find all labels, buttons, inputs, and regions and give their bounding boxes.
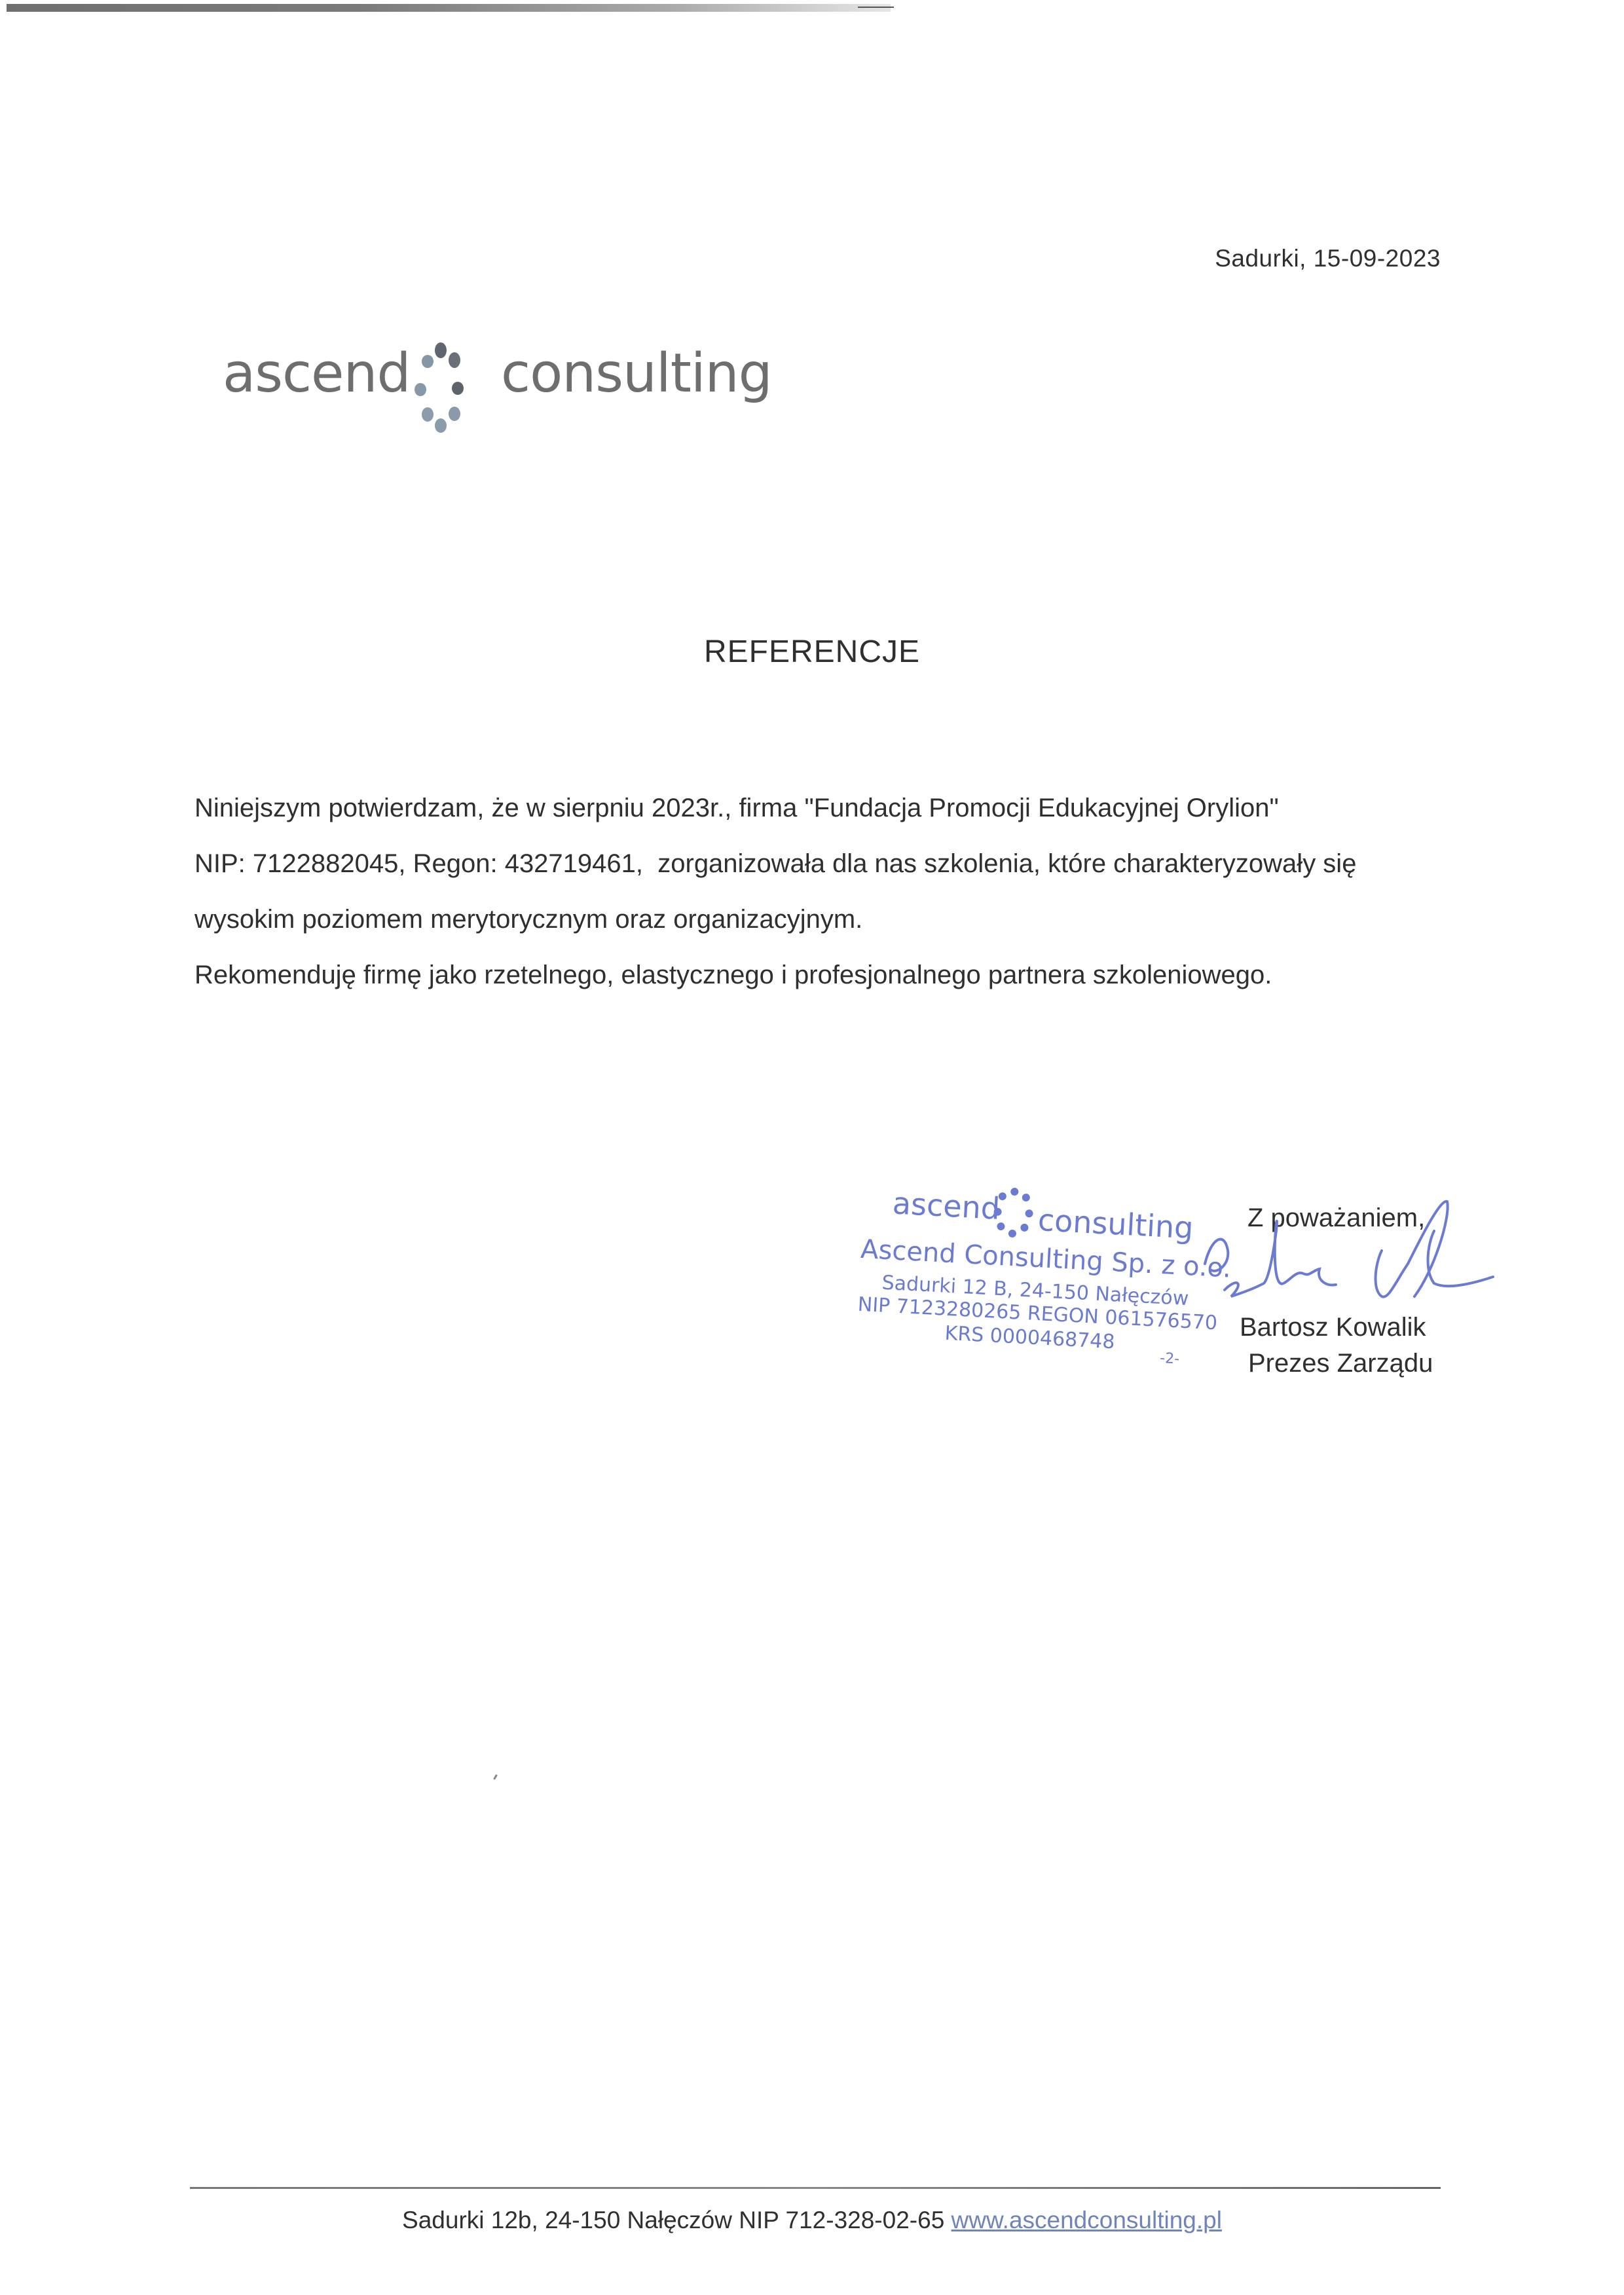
footer: Sadurki 12b, 24-150 Nałęczów NIP 712-328… bbox=[0, 2207, 1624, 2234]
stamp-logo-ascend: ascend bbox=[892, 1185, 1001, 1226]
footer-website-link[interactable]: www.ascendconsulting.pl bbox=[951, 2207, 1222, 2233]
stamp-mark: -2- bbox=[1160, 1350, 1180, 1368]
signatory-position: Prezes Zarządu bbox=[1248, 1349, 1433, 1378]
body-line-3: wysokim poziomem merytorycznym oraz orga… bbox=[194, 905, 862, 934]
company-stamp: ascend consulting Ascend Consulting Sp. … bbox=[854, 1179, 1230, 1394]
document-title: REFERENCJE bbox=[0, 634, 1624, 670]
scan-speck bbox=[493, 1774, 498, 1780]
body-line-2: NIP: 7122882045, Regon: 432719461, zorga… bbox=[194, 849, 1356, 879]
footer-address: Sadurki 12b, 24-150 Nałęczów NIP 712-328… bbox=[402, 2207, 951, 2233]
stamp-dot-ring-icon bbox=[991, 1185, 1040, 1247]
company-logo: ascend consulting bbox=[223, 324, 760, 435]
scan-artifact-bar bbox=[7, 4, 891, 12]
signatory-name: Bartosz Kowalik bbox=[1240, 1313, 1426, 1342]
handwritten-signature bbox=[1198, 1192, 1500, 1310]
footer-divider bbox=[190, 2187, 1441, 2189]
scan-artifact-tip bbox=[858, 7, 894, 8]
logo-word-ascend: ascend bbox=[223, 342, 411, 405]
body-line-1: Niniejszym potwierdzam, że w sierpniu 20… bbox=[194, 794, 1279, 823]
date-line: Sadurki, 15-09-2023 bbox=[1215, 245, 1441, 272]
stamp-logo-consulting: consulting bbox=[1037, 1202, 1194, 1245]
logo-word-consulting: consulting bbox=[501, 342, 772, 405]
body-line-4: Rekomenduję firmę jako rzetelnego, elast… bbox=[194, 961, 1272, 990]
dot-ring-icon bbox=[413, 324, 485, 435]
